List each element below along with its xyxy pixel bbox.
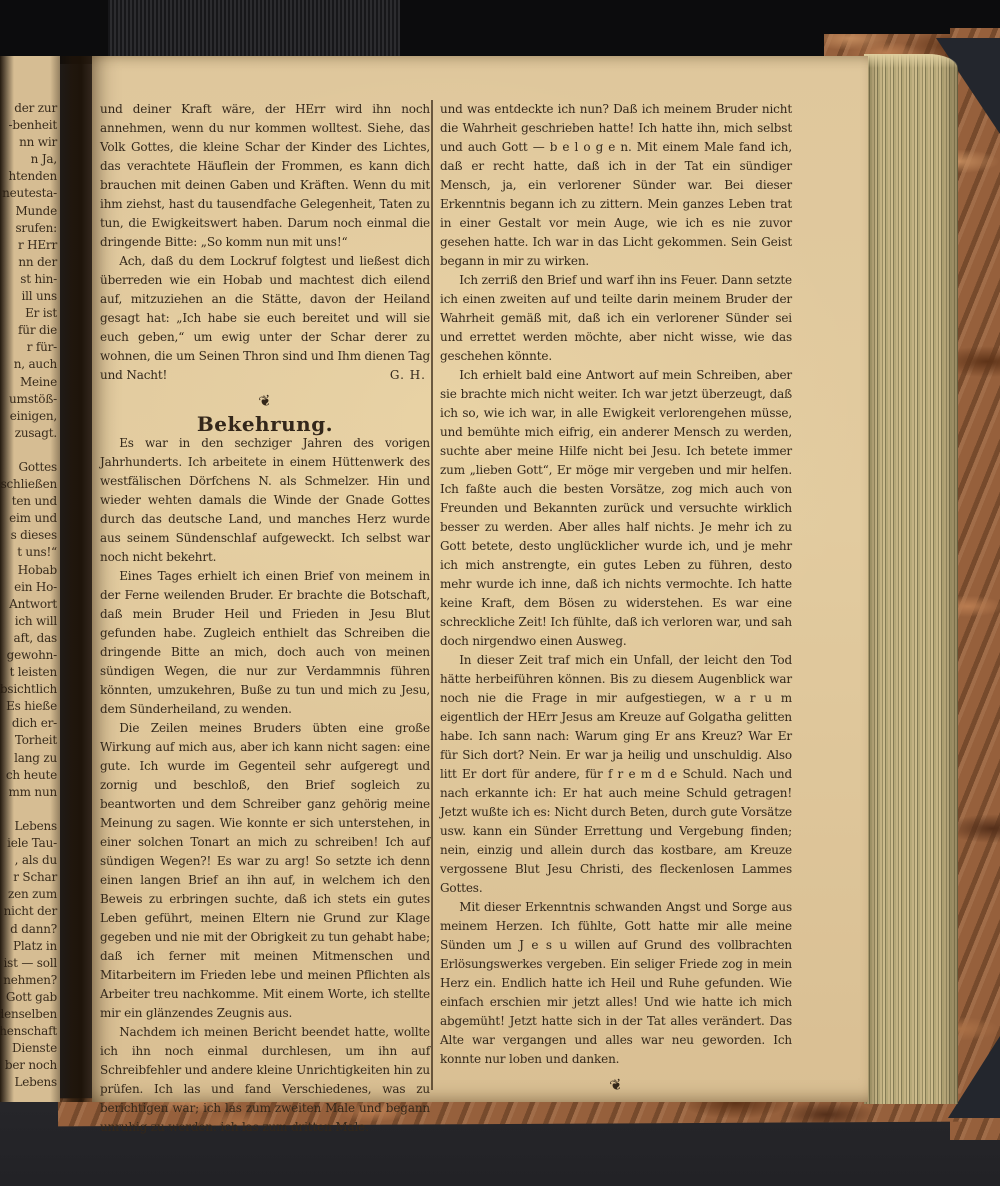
paragraph-continuation: und deiner Kraft wäre, der HErr wird ihn… [100,100,430,252]
paragraph-ich-zerriss: Ich zerriß den Brief und warf ihn ins Fe… [440,271,792,366]
paragraph-ach: Ach, daß du dem Lockruf folgtest und lie… [100,252,430,385]
paragraph-und-was: und was entdeckte ich nun? Daß ich meine… [440,100,792,271]
page-fore-edge-curl [864,54,958,68]
end-ornament: ❦ [440,1076,792,1095]
book-photo-scene: der zur -benheit nn wir n Ja, htenden ne… [0,0,1000,1186]
paragraph-in-dieser: In dieser Zeit traf mich ein Unfall, der… [440,651,792,898]
main-page: und deiner Kraft wäre, der HErr wird ihn… [92,56,868,1102]
column-divider-rule [431,100,433,1090]
right-column: und was entdeckte ich nun? Daß ich meine… [440,100,792,1099]
left-column: und deiner Kraft wäre, der HErr wird ihn… [100,100,430,1137]
paragraph-ich-erhielt: Ich erhielt bald eine Antwort auf mein S… [440,366,792,651]
section-heading: Bekehrung. [100,415,430,434]
author-initials: G. H. [371,366,426,385]
paragraph-nachdem: Nachdem ich meinen Bericht beendet hatte… [100,1023,430,1137]
paragraph-die-zeilen: Die Zeilen meines Bruders übten eine gro… [100,719,430,1023]
paragraph-mit-dieser: Mit dieser Erkenntnis schwanden Angst un… [440,898,792,1069]
paragraph-eines-tages: Eines Tages erhielt ich einen Brief von … [100,567,430,719]
paragraph-ach-text: Ach, daß du dem Lockruf folgtest und lie… [100,254,430,382]
left-cover-edge [0,56,14,1102]
fleuron-icon: ❦ [608,1075,625,1096]
page-fore-edge-stack [864,54,958,1104]
book-spine-top [108,0,400,58]
section-ornament: ❦ [100,392,430,411]
fleuron-icon: ❦ [257,391,274,412]
paragraph-es-war: Es war in den sechziger Jahren des vorig… [100,434,430,567]
